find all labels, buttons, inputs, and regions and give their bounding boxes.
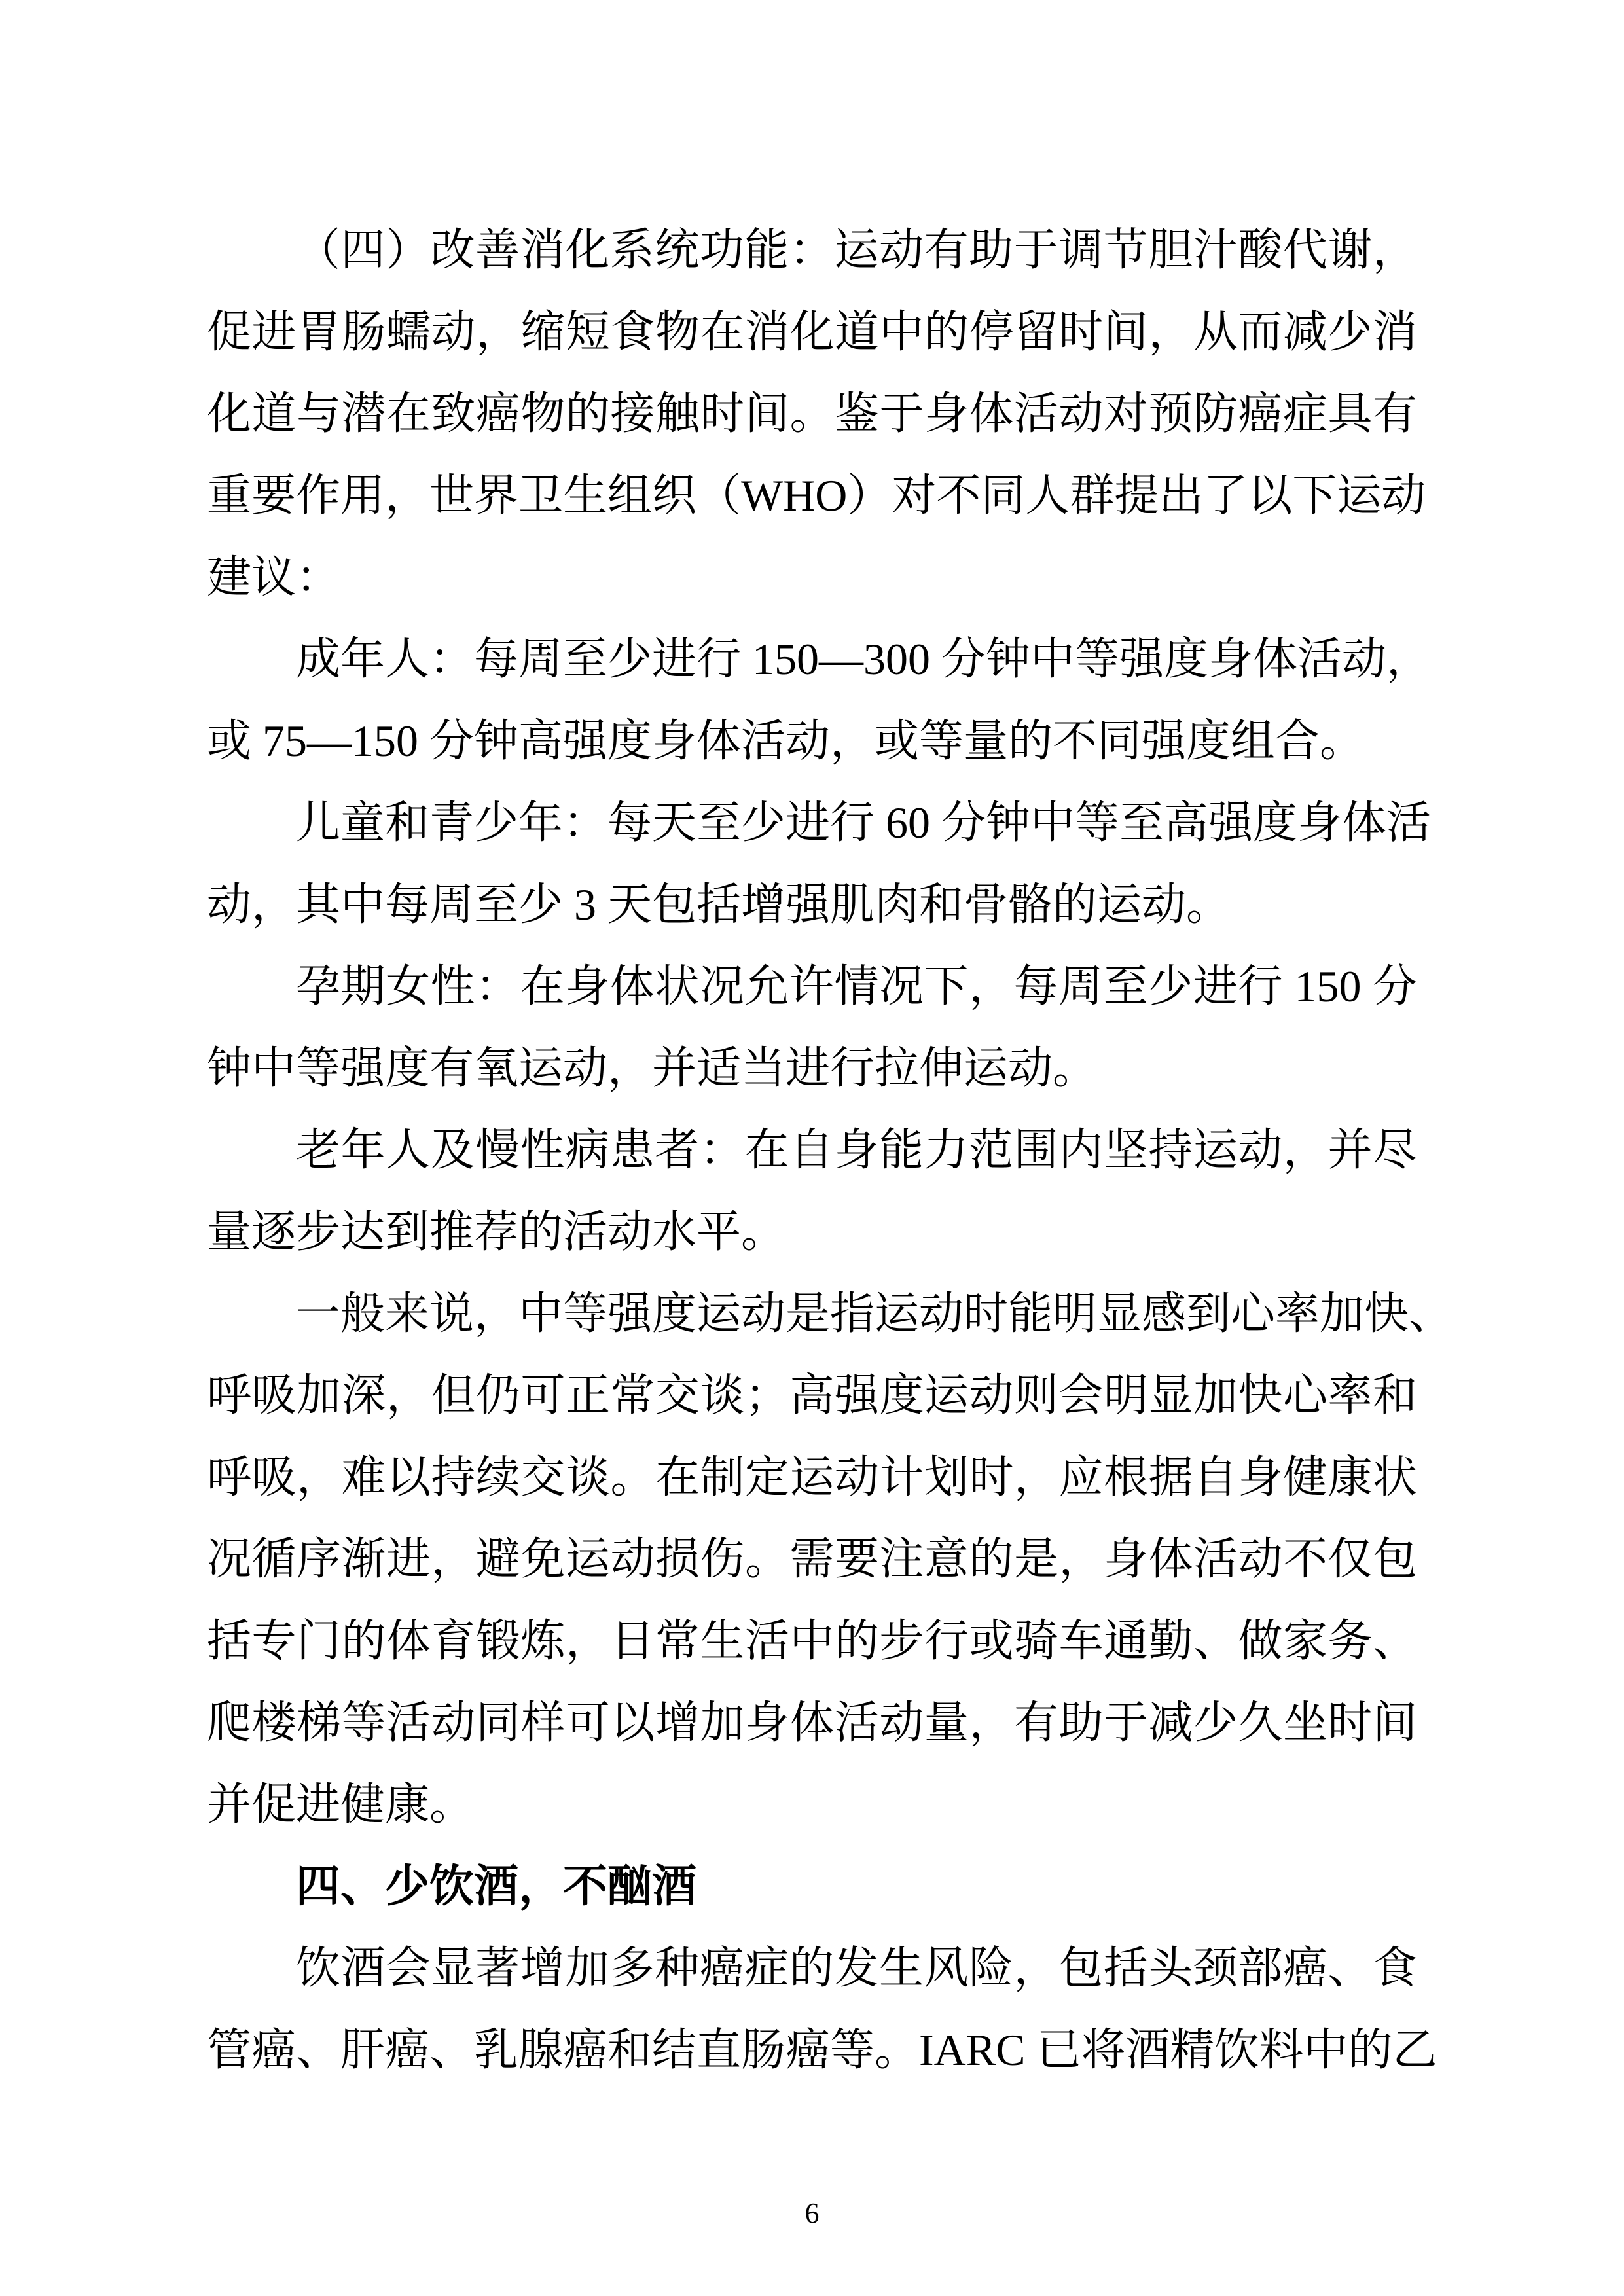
document-page: （四）改善消化系统功能：运动有助于调节胆汁酸代谢，促进胃肠蠕动，缩短食物在消化道… [0,0,1624,2296]
text-line: 况循序渐进，避免运动损伤。需要注意的是，身体活动不仅包 [207,1518,1417,1600]
text-line: 或 75—150 分钟高强度身体活动，或等量的不同强度组合。 [207,700,1417,782]
text-line: 并促进健康。 [207,1764,1417,1846]
section-heading: 四、少饮酒，不酗酒 [207,1846,1417,1928]
text-line: 管癌、肝癌、乳腺癌和结直肠癌等。IARC 已将酒精饮料中的乙 [207,2009,1417,2091]
text-line: 钟中等强度有氧运动，并适当进行拉伸运动。 [207,1028,1417,1109]
text-line: 爬楼梯等活动同样可以增加身体活动量，有助于减少久坐时间 [207,1682,1417,1764]
text-line: 量逐步达到推荐的活动水平。 [207,1191,1417,1273]
page-number: 6 [0,2194,1624,2233]
text-line: 呼吸加深，但仍可正常交谈；高强度运动则会明显加快心率和 [207,1355,1417,1437]
text-line: 促进胃肠蠕动，缩短食物在消化道中的停留时间，从而减少消 [207,291,1417,373]
text-line: 建议： [207,537,1417,619]
text-line: （四）改善消化系统功能：运动有助于调节胆汁酸代谢， [207,209,1417,291]
text-line: 重要作用，世界卫生组织（WHO）对不同人群提出了以下运动 [207,455,1417,537]
text-line: 呼吸，难以持续交谈。在制定运动计划时，应根据自身健康状 [207,1437,1417,1518]
text-line: 成年人：每周至少进行 150—300 分钟中等强度身体活动， [207,619,1417,700]
text-line: 饮酒会显著增加多种癌症的发生风险，包括头颈部癌、食 [207,1928,1417,2009]
text-line: 动，其中每周至少 3 天包括增强肌肉和骨骼的运动。 [207,864,1417,946]
text-line: 老年人及慢性病患者：在自身能力范围内坚持运动，并尽 [207,1109,1417,1191]
text-line: 括专门的体育锻炼，日常生活中的步行或骑车通勤、做家务、 [207,1600,1417,1682]
text-line: 儿童和青少年：每天至少进行 60 分钟中等至高强度身体活 [207,782,1417,864]
text-line: 孕期女性：在身体状况允许情况下，每周至少进行 150 分 [207,946,1417,1028]
body-text: （四）改善消化系统功能：运动有助于调节胆汁酸代谢，促进胃肠蠕动，缩短食物在消化道… [207,209,1417,2091]
text-line: 一般来说，中等强度运动是指运动时能明显感到心率加快、 [207,1273,1417,1355]
text-line: 化道与潜在致癌物的接触时间。鉴于身体活动对预防癌症具有 [207,373,1417,455]
